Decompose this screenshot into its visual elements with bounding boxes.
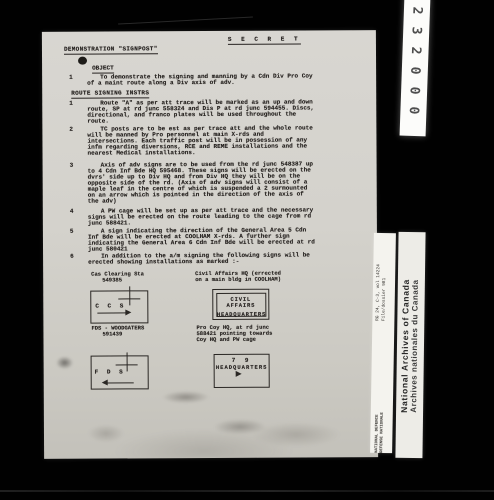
paragraph-text: In addition to the a/m signing the follo… [88, 252, 317, 265]
department-text: NATIONAL DEFENCE DEFENSE NATIONALE [375, 409, 386, 453]
paragraph-text: A sign indicating the direction of the G… [88, 227, 317, 252]
fds-caption: FDS - WOODGATERS 591439 [91, 325, 144, 337]
civil-affairs-sign-line1: CIVIL AFFAIRS [217, 296, 265, 308]
route-paragraph-4: 4 A PW cage will be set up as per att tr… [70, 207, 317, 226]
route-paragraph-6: 6 In addition to the a/m signing the fol… [70, 252, 317, 265]
paragraph-number: 4 [70, 209, 88, 227]
archive-reference-strip: RG 24, C-3, vol 14224 File/dossier 981 N… [370, 233, 396, 453]
paragraph-text: A PW cage will be set up as per att trac… [88, 207, 317, 226]
film-edge-line [0, 490, 494, 492]
route-paragraph-1: 1 Route "A" as per att trace will be mar… [69, 99, 316, 124]
arrow-shaft [97, 312, 127, 313]
national-archives-text: National Archives of Canada Archives nat… [399, 258, 421, 434]
pro-coy-caption: Pro Coy HQ, at rd junc 588421 pointing t… [196, 325, 272, 343]
object-paragraph: 1 To demonstrate the signing and manning… [69, 73, 316, 86]
microfilm-frame: S E C R E T DEMONSTRATION "SIGNPOST" OBJ… [0, 0, 494, 500]
counter-digit: 2 [410, 6, 423, 14]
object-heading: OBJECT [92, 66, 114, 74]
paragraph-text: TC posts are to be est as per trace att … [87, 125, 316, 156]
caption-line: on a main bldg in COOLHAM) [195, 277, 281, 283]
classification-stamp: S E C R E T [228, 37, 301, 45]
paragraph-number: 2 [69, 127, 87, 157]
paragraph-number: 3 [70, 163, 88, 205]
route-paragraph-2: 2 TC posts are to be est as per trace at… [69, 125, 316, 156]
arrow-head [102, 380, 108, 386]
arrow-head [125, 309, 131, 315]
paragraph-text: To demonstrate the signing and manning b… [87, 73, 316, 86]
caption-grid-ref: 591439 [102, 331, 144, 337]
route-signing-heading: ROUTE SIGNING INSTRS [71, 90, 149, 98]
route-paragraph-3: 3 Axis of adv signs are to be used from … [70, 161, 317, 204]
counter-digit: 0 [408, 66, 421, 74]
ink-blot [78, 57, 87, 65]
civil-affairs-caption: Civil Affairs HQ (errected on a main bld… [195, 271, 281, 283]
paragraph-number: 1 [69, 101, 87, 125]
paragraph-text: Route "A" as per att trace will be marke… [87, 99, 316, 124]
right-arrow-icon [97, 309, 131, 316]
hq79-sign-box: 7 9 HEADQUARTERS [214, 354, 270, 388]
civil-affairs-sign-line2: HEADQUARTERS [217, 311, 265, 317]
reference-line: File/dossier 981 [381, 243, 388, 321]
ccs-caption: Cas Clearing Sta 549385 [91, 271, 144, 283]
route-paragraph-5: 5 A sign indicating the direction of the… [70, 227, 317, 252]
archive-reference-text: RG 24, C-3, vol 14224 File/dossier 981 [375, 243, 387, 321]
caption-grid-ref: 549385 [102, 277, 144, 283]
paragraph-text: Axis of adv signs are to be used from th… [88, 161, 317, 204]
archives-name-french: Archives nationales du Canada [409, 258, 421, 434]
document-page: S E C R E T DEMONSTRATION "SIGNPOST" OBJ… [42, 30, 378, 459]
department-line: DEFENSE NATIONALE [380, 409, 386, 453]
arrow-head [236, 371, 242, 377]
paragraph-number: 1 [69, 75, 87, 87]
national-archives-strip: National Archives of Canada Archives nat… [395, 232, 425, 458]
counter-digit: 2 [409, 46, 422, 54]
film-frame-counter: 2 3 2 0 0 0 [400, 0, 431, 136]
cross-icon [118, 286, 140, 305]
counter-digit: 0 [408, 86, 421, 94]
arrow-shaft [106, 382, 134, 383]
civil-affairs-inner-border: CIVIL AFFAIRS HEADQUARTERS [216, 292, 266, 316]
film-scratch-artifact [118, 16, 253, 24]
civil-affairs-sign-box: CIVIL AFFAIRS HEADQUARTERS [212, 289, 269, 320]
document-text-layer: S E C R E T DEMONSTRATION "SIGNPOST" OBJ… [42, 30, 378, 459]
left-arrow-icon [102, 379, 134, 386]
ccs-sign-box: C C S [90, 290, 148, 323]
fds-sign-box: F D S [91, 355, 149, 389]
counter-digit: 3 [410, 26, 423, 34]
caption-line: Coy HQ and PW cage [196, 337, 272, 343]
document-title: DEMONSTRATION "SIGNPOST" [64, 46, 158, 54]
paragraph-number: 5 [70, 229, 88, 253]
cross-icon [116, 352, 138, 371]
paragraph-number: 6 [70, 254, 88, 266]
counter-digit: 0 [407, 106, 420, 114]
